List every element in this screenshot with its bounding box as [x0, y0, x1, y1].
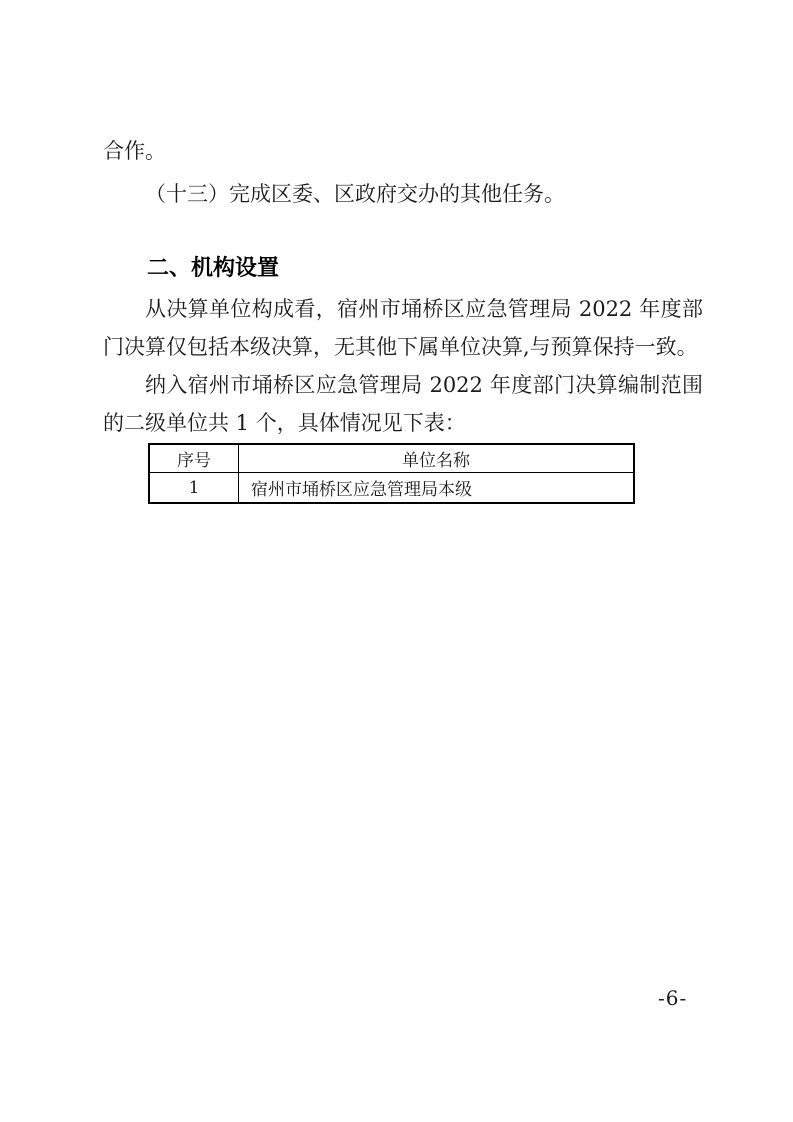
table-cell-seq: 1	[149, 473, 239, 504]
table-header-seq: 序号	[149, 444, 239, 473]
section-heading: 二、机构设置	[103, 247, 703, 290]
table-row: 1 宿州市埇桥区应急管理局本级	[149, 473, 634, 504]
paragraph-overview: 从决算单位构成看，宿州市埇桥区应急管理局 2022 年度部门决算仅包括本级决算，…	[103, 290, 703, 366]
table-header-unit-name: 单位名称	[239, 444, 635, 473]
paragraph-continuation: 合作。	[103, 130, 703, 173]
units-table: 序号 单位名称 1 宿州市埇桥区应急管理局本级	[148, 443, 635, 504]
units-table-body: 1 宿州市埇桥区应急管理局本级	[149, 473, 634, 504]
paragraph-scope: 纳入宿州市埇桥区应急管理局 2022 年度部门决算编制范围的二级单位共 1 个，…	[103, 366, 703, 442]
table-cell-unit-name: 宿州市埇桥区应急管理局本级	[239, 473, 635, 504]
table-header-row: 序号 单位名称	[149, 444, 634, 473]
document-page: 合作。 （十三）完成区委、区政府交办的其他任务。 二、机构设置 从决算单位构成看…	[0, 0, 793, 1122]
page-number: -6-	[658, 986, 687, 1010]
document-content: 合作。 （十三）完成区委、区政府交办的其他任务。 二、机构设置 从决算单位构成看…	[103, 130, 703, 504]
paragraph-item-13: （十三）完成区委、区政府交办的其他任务。	[103, 173, 703, 216]
units-table-head: 序号 单位名称	[149, 444, 634, 473]
